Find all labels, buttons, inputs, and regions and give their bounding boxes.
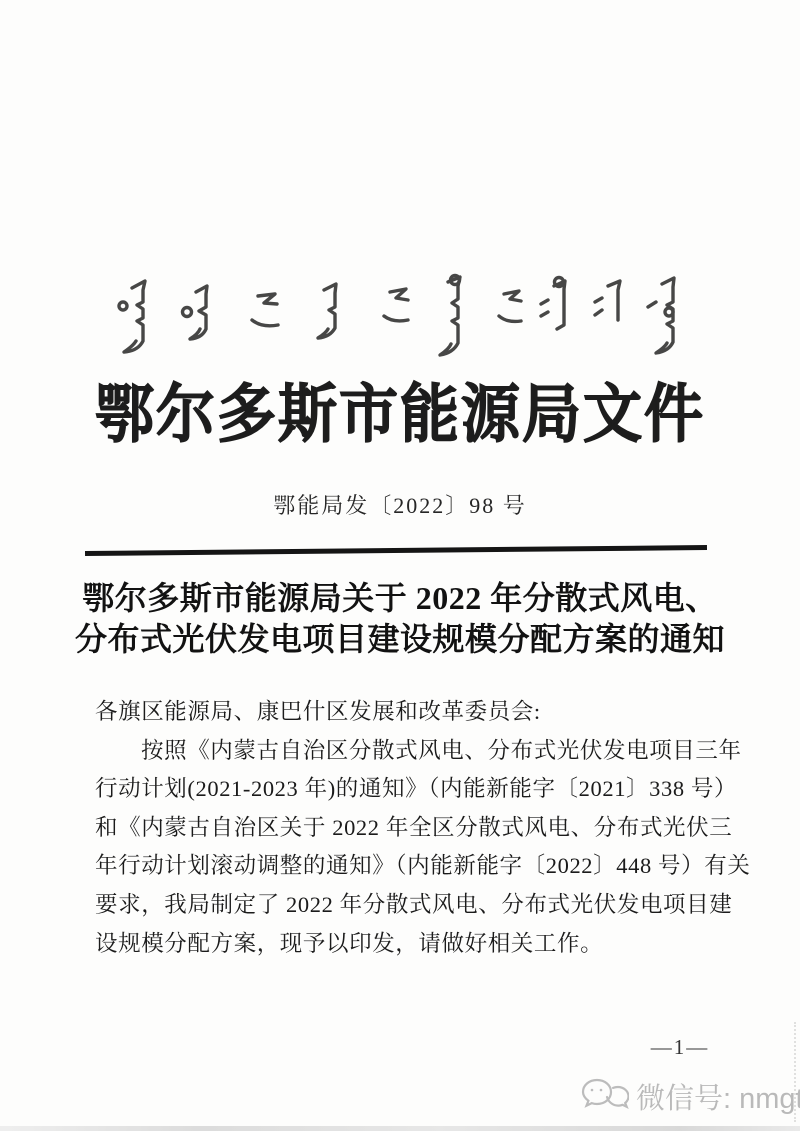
page-number: —1—: [637, 1035, 723, 1060]
wechat-watermark: 微信号: nmgtyn: [581, 1076, 800, 1117]
notice-title: 鄂尔多斯市能源局关于 2022 年分散式风电、 分布式光伏发电项目建设规模分配方…: [60, 578, 740, 660]
salutation-line: 各旗区能源局、康巴什区发展和改革委员会:: [95, 693, 735, 732]
wechat-id-label: 微信号: nmgtyn: [636, 1076, 800, 1117]
body-line: 按照《内蒙古自治区分散式风电、分布式光伏发电项目三年: [95, 732, 735, 771]
body-line: 和《内蒙古自治区关于 2022 年全区分散式风电、分布式光伏三: [95, 809, 735, 848]
body-line: 要求，我局制定了 2022 年分散式风电、分布式光伏发电项目建: [95, 886, 735, 925]
wechat-icon: [581, 1077, 629, 1117]
document-number: 鄂能局发〔2022〕98 号: [90, 489, 710, 520]
mongolian-script-text: [108, 272, 688, 372]
body-line: 设规模分配方案，现予以印发，请做好相关工作。: [95, 925, 735, 964]
scan-artifact-right-edge: [794, 1022, 796, 1122]
body-line: 行动计划(2021-2023 年)的通知》（内能新能字〔2021〕338 号）: [95, 770, 735, 809]
notice-title-line2: 分布式光伏发电项目建设规模分配方案的通知: [60, 619, 740, 660]
notice-title-line1: 鄂尔多斯市能源局关于 2022 年分散式风电、: [60, 578, 740, 619]
notice-body: 各旗区能源局、康巴什区发展和改革委员会: 按照《内蒙古自治区分散式风电、分布式光…: [95, 693, 735, 963]
body-line: 年行动计划滚动调整的通知》（内能新能字〔2022〕448 号）有关: [95, 847, 735, 886]
agency-masthead-title: 鄂尔多斯市能源局文件: [60, 363, 740, 455]
scan-artifact-bottom-edge: [0, 1126, 800, 1131]
scanned-document-page: 鄂尔多斯市能源局文件 鄂能局发〔2022〕98 号 鄂尔多斯市能源局关于 202…: [0, 0, 800, 1131]
header-divider-rule: [85, 545, 707, 556]
